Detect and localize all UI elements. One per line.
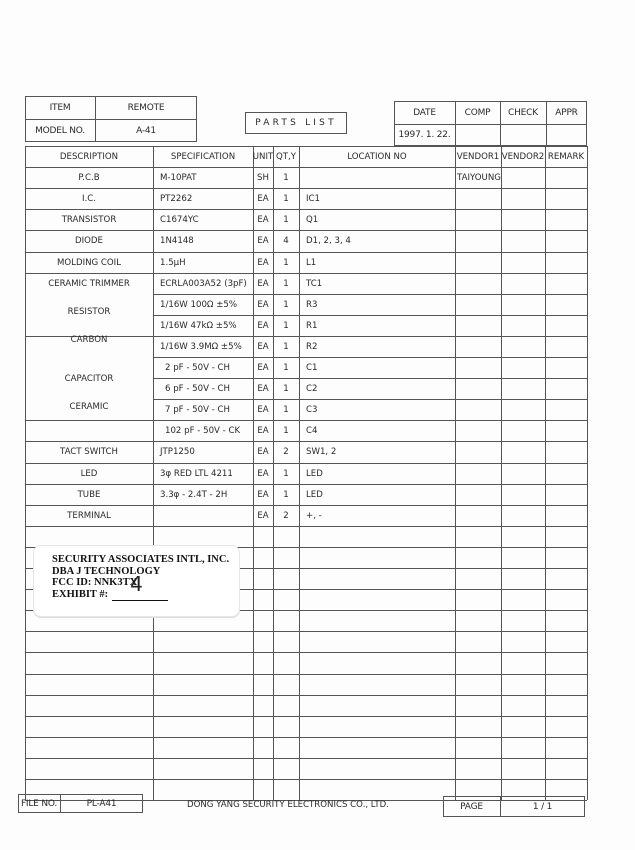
cell-remark: [545, 167, 587, 188]
document-title: PARTS LIST: [245, 112, 347, 134]
cell-qty: 1: [273, 336, 299, 357]
cell-location: L1: [299, 252, 455, 273]
parts-list-document: ITEM REMOTE MODEL NO. A-41 PARTS LIST DA…: [0, 0, 635, 850]
exhibit-label: EXHIBIT #:: [52, 589, 108, 601]
cell-remark: [545, 441, 587, 462]
appr-sign-field[interactable]: [546, 124, 587, 146]
cell-vendor1: [455, 505, 501, 526]
item-value: REMOTE: [95, 96, 197, 119]
cell-description: TRANSISTOR: [25, 209, 153, 230]
cell-qty: 1: [273, 273, 299, 294]
cell-spec: [153, 505, 253, 526]
cell-unit: EA: [253, 505, 273, 526]
cell-remark: [545, 399, 587, 420]
column-header: LOCATION NO: [299, 146, 455, 167]
stamp-exhibit: EXHIBIT #: 4: [52, 589, 239, 601]
table-row: TERMINALEA2+, -: [25, 505, 587, 526]
cell-spec: 1/16W 47kΩ ±5%: [153, 315, 253, 336]
cell-description: P.C.B: [25, 167, 153, 188]
group-label-resistor: RESISTORCARBON: [25, 298, 153, 354]
cell-location: SW1, 2: [299, 441, 455, 462]
cell-vendor1: [455, 252, 501, 273]
cell-spec: 1.5µH: [153, 252, 253, 273]
cell-qty: 1: [273, 378, 299, 399]
grid-column-line: [587, 146, 588, 800]
cell-vendor2: [501, 336, 545, 357]
cell-unit: EA: [253, 484, 273, 505]
cell-vendor2: [501, 463, 545, 484]
model-label: MODEL NO.: [25, 119, 95, 142]
cell-vendor1: [455, 273, 501, 294]
cell-description: TUBE: [25, 484, 153, 505]
cell-spec: 6 pF - 50V - CH: [153, 378, 253, 399]
cell-vendor2: [501, 357, 545, 378]
stamp-dba: DBA J TECHNOLOGY: [52, 566, 239, 578]
cell-vendor1: [455, 357, 501, 378]
cell-vendor2: [501, 399, 545, 420]
cell-vendor1: [455, 315, 501, 336]
table-row: LED3φ RED LTL 4211EA1LED: [25, 463, 587, 484]
cell-remark: [545, 357, 587, 378]
cell-location: R3: [299, 294, 455, 315]
table-row: TRANSISTORC1674YCEA1Q1: [25, 209, 587, 230]
page-label: PAGE: [443, 796, 500, 817]
cell-vendor2: [501, 230, 545, 251]
cell-qty: 1: [273, 357, 299, 378]
cell-unit: EA: [253, 420, 273, 441]
comp-sign-field[interactable]: [455, 124, 500, 146]
cell-vendor2: [501, 252, 545, 273]
date-label: DATE: [394, 101, 455, 124]
cell-vendor1: [455, 336, 501, 357]
cell-unit: SH: [253, 167, 273, 188]
cell-unit: EA: [253, 357, 273, 378]
item-label: ITEM: [25, 96, 95, 119]
fcc-exhibit-label: SECURITY ASSOCIATES INTL, INC. DBA J TEC…: [33, 545, 240, 617]
stamp-fcc-id: FCC ID: NNK3TX: [52, 577, 239, 589]
cell-vendor1: TAIYOUNG: [455, 167, 501, 188]
cell-unit: EA: [253, 378, 273, 399]
cell-vendor2: [501, 441, 545, 462]
company-name: DONG YANG SECURITY ELECTRONICS CO., LTD.: [187, 800, 389, 810]
cell-unit: EA: [253, 336, 273, 357]
cell-spec: 3.3φ - 2.4T - 2H: [153, 484, 253, 505]
cell-spec: JTP1250: [153, 441, 253, 462]
cell-remark: [545, 230, 587, 251]
cell-qty: 4: [273, 230, 299, 251]
cell-location: IC1: [299, 188, 455, 209]
grid-row-line: [25, 758, 587, 759]
cell-description: LED: [25, 463, 153, 484]
table-row: MOLDING COIL1.5µHEA1L1: [25, 252, 587, 273]
cell-unit: EA: [253, 273, 273, 294]
column-header: QT,Y: [273, 146, 299, 167]
cell-remark: [545, 463, 587, 484]
cell-vendor1: [455, 463, 501, 484]
cell-spec: 7 pF - 50V - CH: [153, 399, 253, 420]
cell-remark: [545, 484, 587, 505]
cell-vendor1: [455, 420, 501, 441]
grid-row-line: [25, 526, 587, 527]
cell-remark: [545, 273, 587, 294]
cell-spec: 1/16W 100Ω ±5%: [153, 294, 253, 315]
model-value: A-41: [95, 119, 197, 142]
file-value: PL-A41: [60, 794, 143, 813]
grid-row-line: [25, 674, 587, 675]
table-header-row: DESCRIPTIONSPECIFICATIONUNITQT,YLOCATION…: [25, 146, 587, 167]
cell-remark: [545, 378, 587, 399]
cell-vendor1: [455, 399, 501, 420]
cell-location: C2: [299, 378, 455, 399]
check-sign-field[interactable]: [500, 124, 546, 146]
cell-spec: ECRLA003A52 (3pF): [153, 273, 253, 294]
cell-spec: 102 pF - 50V - CK: [153, 420, 253, 441]
cell-location: R1: [299, 315, 455, 336]
cell-location: +, -: [299, 505, 455, 526]
column-header: VENDOR1: [455, 146, 501, 167]
cell-vendor1: [455, 188, 501, 209]
cell-vendor2: [501, 273, 545, 294]
cell-unit: EA: [253, 209, 273, 230]
cell-description: CERAMIC TRIMMER: [25, 273, 153, 294]
column-header: VENDOR2: [501, 146, 545, 167]
cell-spec: 1/16W 3.9MΩ ±5%: [153, 336, 253, 357]
cell-unit: EA: [253, 230, 273, 251]
cell-spec: 1N4148: [153, 230, 253, 251]
cell-vendor1: [455, 378, 501, 399]
cell-vendor2: [501, 188, 545, 209]
cell-vendor2: [501, 294, 545, 315]
table-row: TACT SWITCHJTP1250EA2SW1, 2: [25, 441, 587, 462]
cell-description: I.C.: [25, 188, 153, 209]
cell-vendor2: [501, 209, 545, 230]
cell-location: C3: [299, 399, 455, 420]
file-label: FILE NO.: [18, 794, 60, 813]
cell-description: MOLDING COIL: [25, 252, 153, 273]
cell-qty: 2: [273, 441, 299, 462]
cell-location: C4: [299, 420, 455, 441]
cell-vendor1: [455, 230, 501, 251]
cell-vendor2: [501, 505, 545, 526]
cell-vendor2: [501, 315, 545, 336]
cell-qty: 1: [273, 294, 299, 315]
cell-location: R2: [299, 336, 455, 357]
appr-label: APPR: [546, 101, 587, 124]
cell-spec: C1674YC: [153, 209, 253, 230]
cell-qty: 1: [273, 188, 299, 209]
cell-remark: [545, 336, 587, 357]
cell-qty: 1: [273, 252, 299, 273]
column-header: SPECIFICATION: [153, 146, 253, 167]
cell-qty: 1: [273, 484, 299, 505]
grid-row-line: [25, 631, 587, 632]
table-row: CERAMIC TRIMMERECRLA003A52 (3pF)EA1TC1: [25, 273, 587, 294]
cell-location: D1, 2, 3, 4: [299, 230, 455, 251]
cell-unit: EA: [253, 294, 273, 315]
cell-location: [299, 167, 455, 188]
cell-vendor2: [501, 378, 545, 399]
cell-description: DIODE: [25, 230, 153, 251]
comp-label: COMP: [455, 101, 500, 124]
table-row: I.C.PT2262EA1IC1: [25, 188, 587, 209]
exhibit-line: 4: [112, 589, 168, 601]
check-label: CHECK: [500, 101, 546, 124]
cell-qty: 1: [273, 399, 299, 420]
cell-location: TC1: [299, 273, 455, 294]
cell-location: C1: [299, 357, 455, 378]
cell-qty: 1: [273, 420, 299, 441]
page-value: 1 / 1: [500, 796, 585, 817]
cell-spec: 3φ RED LTL 4211: [153, 463, 253, 484]
column-header: DESCRIPTION: [25, 146, 153, 167]
cell-spec: PT2262: [153, 188, 253, 209]
cell-remark: [545, 294, 587, 315]
cell-location: LED: [299, 463, 455, 484]
cell-qty: 1: [273, 209, 299, 230]
group-label-capacitor: CAPACITORCERAMIC: [25, 365, 153, 421]
cell-qty: 2: [273, 505, 299, 526]
cell-qty: 1: [273, 463, 299, 484]
grid-row-line: [25, 737, 587, 738]
cell-unit: EA: [253, 188, 273, 209]
cell-unit: EA: [253, 252, 273, 273]
grid-row-line: [25, 652, 587, 653]
grid-row-line: [25, 695, 587, 696]
cell-vendor2: [501, 420, 545, 441]
cell-description: TERMINAL: [25, 505, 153, 526]
table-row: P.C.BM-10PATSH1TAIYOUNG: [25, 167, 587, 188]
cell-spec: M-10PAT: [153, 167, 253, 188]
table-row: DIODE1N4148EA4D1, 2, 3, 4: [25, 230, 587, 251]
cell-location: LED: [299, 484, 455, 505]
exhibit-number: 4: [130, 579, 143, 591]
cell-description: TACT SWITCH: [25, 441, 153, 462]
grid-row-line: [25, 779, 587, 780]
parts-table: DESCRIPTIONSPECIFICATIONUNITQT,YLOCATION…: [25, 146, 587, 800]
table-row: 102 pF - 50V - CKEA1C4: [25, 420, 587, 441]
cell-vendor1: [455, 484, 501, 505]
cell-qty: 1: [273, 167, 299, 188]
cell-location: Q1: [299, 209, 455, 230]
date-value: 1997. 1. 22.: [394, 124, 455, 146]
cell-qty: 1: [273, 315, 299, 336]
cell-vendor2: [501, 484, 545, 505]
cell-unit: EA: [253, 315, 273, 336]
cell-description: [25, 420, 153, 441]
cell-spec: 2 pF - 50V - CH: [153, 357, 253, 378]
grid-row-line: [25, 716, 587, 717]
cell-remark: [545, 209, 587, 230]
cell-remark: [545, 315, 587, 336]
column-header: UNIT: [253, 146, 273, 167]
cell-remark: [545, 252, 587, 273]
cell-vendor2: [501, 167, 545, 188]
cell-unit: EA: [253, 441, 273, 462]
cell-remark: [545, 420, 587, 441]
stamp-company: SECURITY ASSOCIATES INTL, INC.: [52, 554, 239, 566]
cell-remark: [545, 188, 587, 209]
cell-vendor1: [455, 294, 501, 315]
cell-unit: EA: [253, 463, 273, 484]
table-row: TUBE3.3φ - 2.4T - 2HEA1LED: [25, 484, 587, 505]
cell-vendor1: [455, 209, 501, 230]
cell-unit: EA: [253, 399, 273, 420]
column-header: REMARK: [545, 146, 587, 167]
cell-vendor1: [455, 441, 501, 462]
cell-remark: [545, 505, 587, 526]
